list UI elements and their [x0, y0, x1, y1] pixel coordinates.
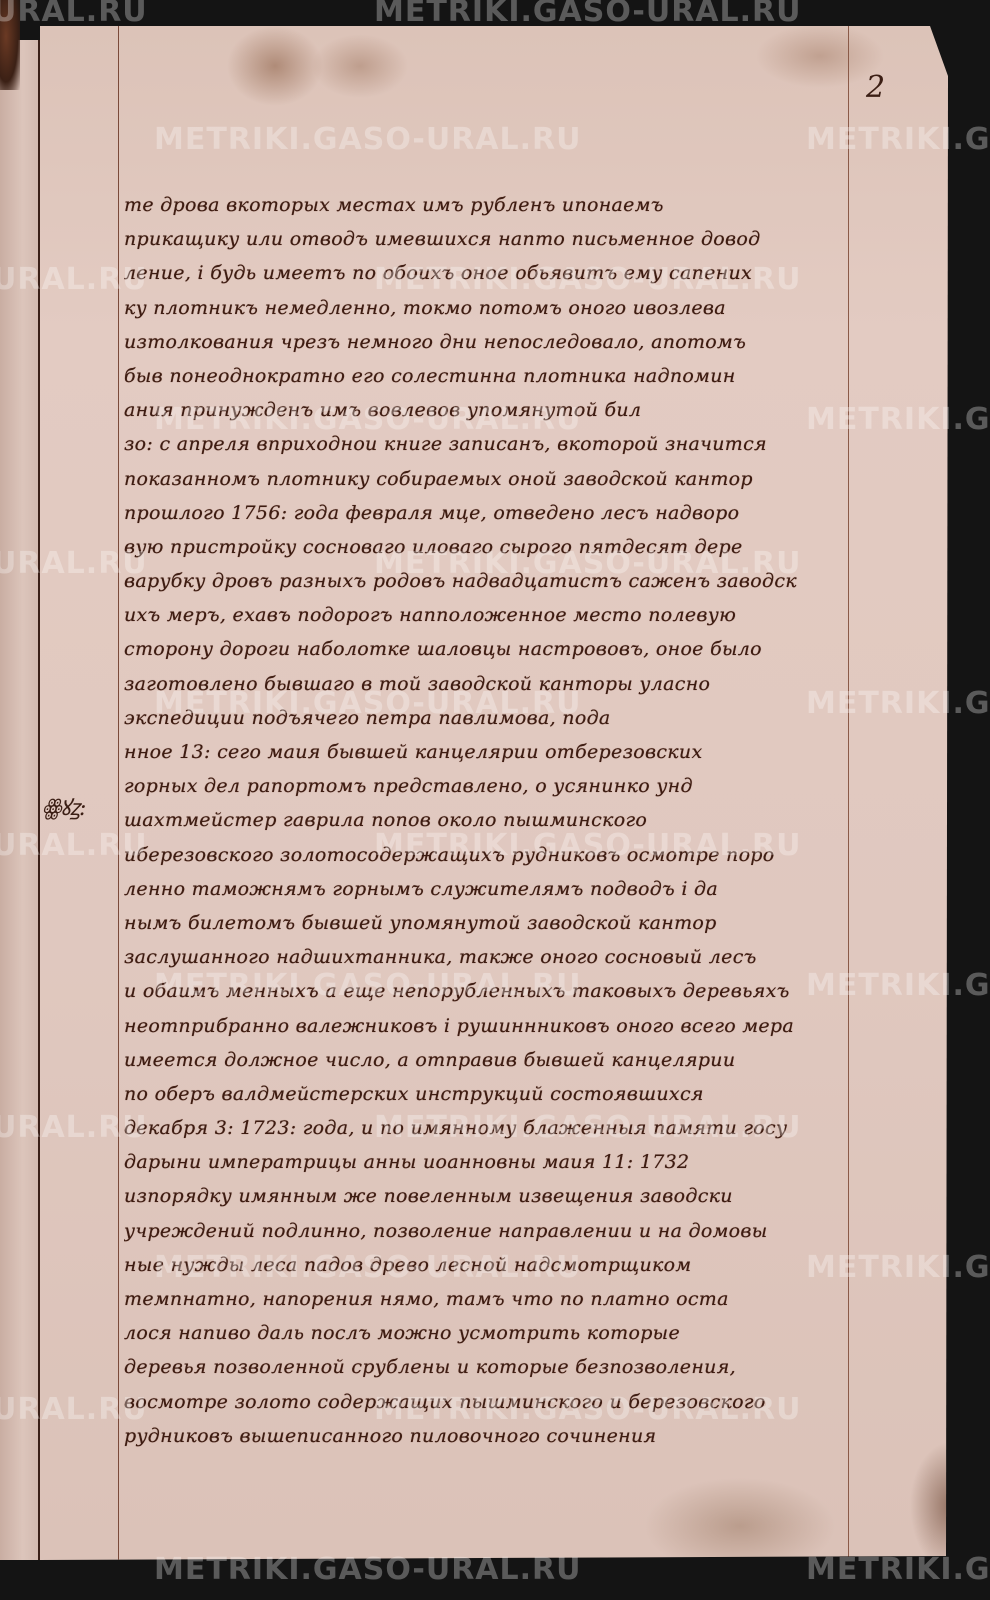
text-line: ленно таможнямъ горнымъ служителямъ подв… — [124, 872, 844, 906]
text-line: горных дел рапортомъ представлено, о уся… — [124, 769, 844, 803]
text-line: неотприбранно валежниковъ i рушиннниковъ… — [124, 1009, 844, 1043]
text-line: темпнатно, напорения нямо, тамъ что по п… — [124, 1282, 844, 1316]
watermark: URAL.RU — [0, 0, 148, 29]
adjacent-page-edge — [0, 40, 40, 1560]
text-line: ания принужденъ имъ вовлевов упомянутой … — [124, 393, 844, 427]
text-line: нымъ билетомъ бывшей упомянутой заводско… — [124, 906, 844, 940]
text-line: зо: с апреля вприходнои книге записанъ, … — [124, 427, 844, 461]
page-number: 2 — [866, 70, 885, 105]
text-line: ихъ меръ, ехавъ подорогъ напположенное м… — [124, 598, 844, 632]
text-line: восмотре золото содержащих пышминского и… — [124, 1385, 844, 1419]
text-line: заготовлено бывшаго в той заводской кант… — [124, 667, 844, 701]
handwritten-text-body: те дрова вкоторых местах имъ рубленъ ипо… — [124, 188, 844, 1453]
text-line: рудниковъ вышеписанного пиловочного сочи… — [124, 1419, 844, 1453]
watermark: METRIKI.GASO-URAL.RU — [374, 0, 802, 29]
text-line: показанномъ плотнику собираемых оной зав… — [124, 462, 844, 496]
text-line: ление, i будь имеетъ по обоихъ оное обья… — [124, 256, 844, 290]
watermark: METRIKI.G — [806, 1552, 990, 1587]
text-line: лося напиво даль послъ можно усмотрить к… — [124, 1316, 844, 1350]
text-line: деревья позволенной срублены и которые б… — [124, 1350, 844, 1384]
text-line: прошлого 1756: года февраля мце, отведен… — [124, 496, 844, 530]
text-line: ку плотникъ немедленно, токмо потомъ оно… — [124, 291, 844, 325]
document-page: 2 ꙮꙋꙁ: те дрова вкоторых местах имъ рубл… — [40, 26, 966, 1560]
text-line: сторону дороги наболотке шаловцы настров… — [124, 632, 844, 666]
text-line: шахтмейстер гаврила попов около пышминск… — [124, 803, 844, 837]
text-line: по оберъ валдмейстерских инструкций сост… — [124, 1077, 844, 1111]
text-line: прикащику или отводъ имевшихся напто пис… — [124, 222, 844, 256]
text-line: изтолкования чрезъ немного дни непоследо… — [124, 325, 844, 359]
text-line: имеется должное число, а отправив бывшей… — [124, 1043, 844, 1077]
margin-annotation: ꙮꙋꙁ: — [42, 792, 85, 822]
text-line: быв понеоднократно его солестинна плотни… — [124, 359, 844, 393]
left-margin-rule — [118, 26, 119, 1560]
text-line: варубку дровъ разныхъ родовъ надвадцатис… — [124, 564, 844, 598]
text-line: дарыни императрицы анны иоанновны маия 1… — [124, 1145, 844, 1179]
text-line: ные нужды леса падов древо лесной надсмо… — [124, 1248, 844, 1282]
text-line: те дрова вкоторых местах имъ рубленъ ипо… — [124, 188, 844, 222]
text-line: учреждений подлинно, позволение направле… — [124, 1214, 844, 1248]
text-line: экспедиции подъячего петра павлимова, по… — [124, 701, 844, 735]
text-line: вую пристройку сосноваго иловаго сырого … — [124, 530, 844, 564]
text-line: изпорядку имянным же повеленным извещени… — [124, 1179, 844, 1213]
text-line: иберезовского золотосодержащихъ рудников… — [124, 838, 844, 872]
text-line: заслушанного надшихтанника, также оного … — [124, 940, 844, 974]
right-margin-rule — [848, 26, 849, 1560]
text-line: декабря 3: 1723: года, и по имянному бла… — [124, 1111, 844, 1145]
binding-shadow — [0, 0, 20, 90]
text-line: нное 13: сего маия бывшей канцелярии отб… — [124, 735, 844, 769]
text-line: и обаимъ менныхъ а еще непорубленныхъ та… — [124, 974, 844, 1008]
